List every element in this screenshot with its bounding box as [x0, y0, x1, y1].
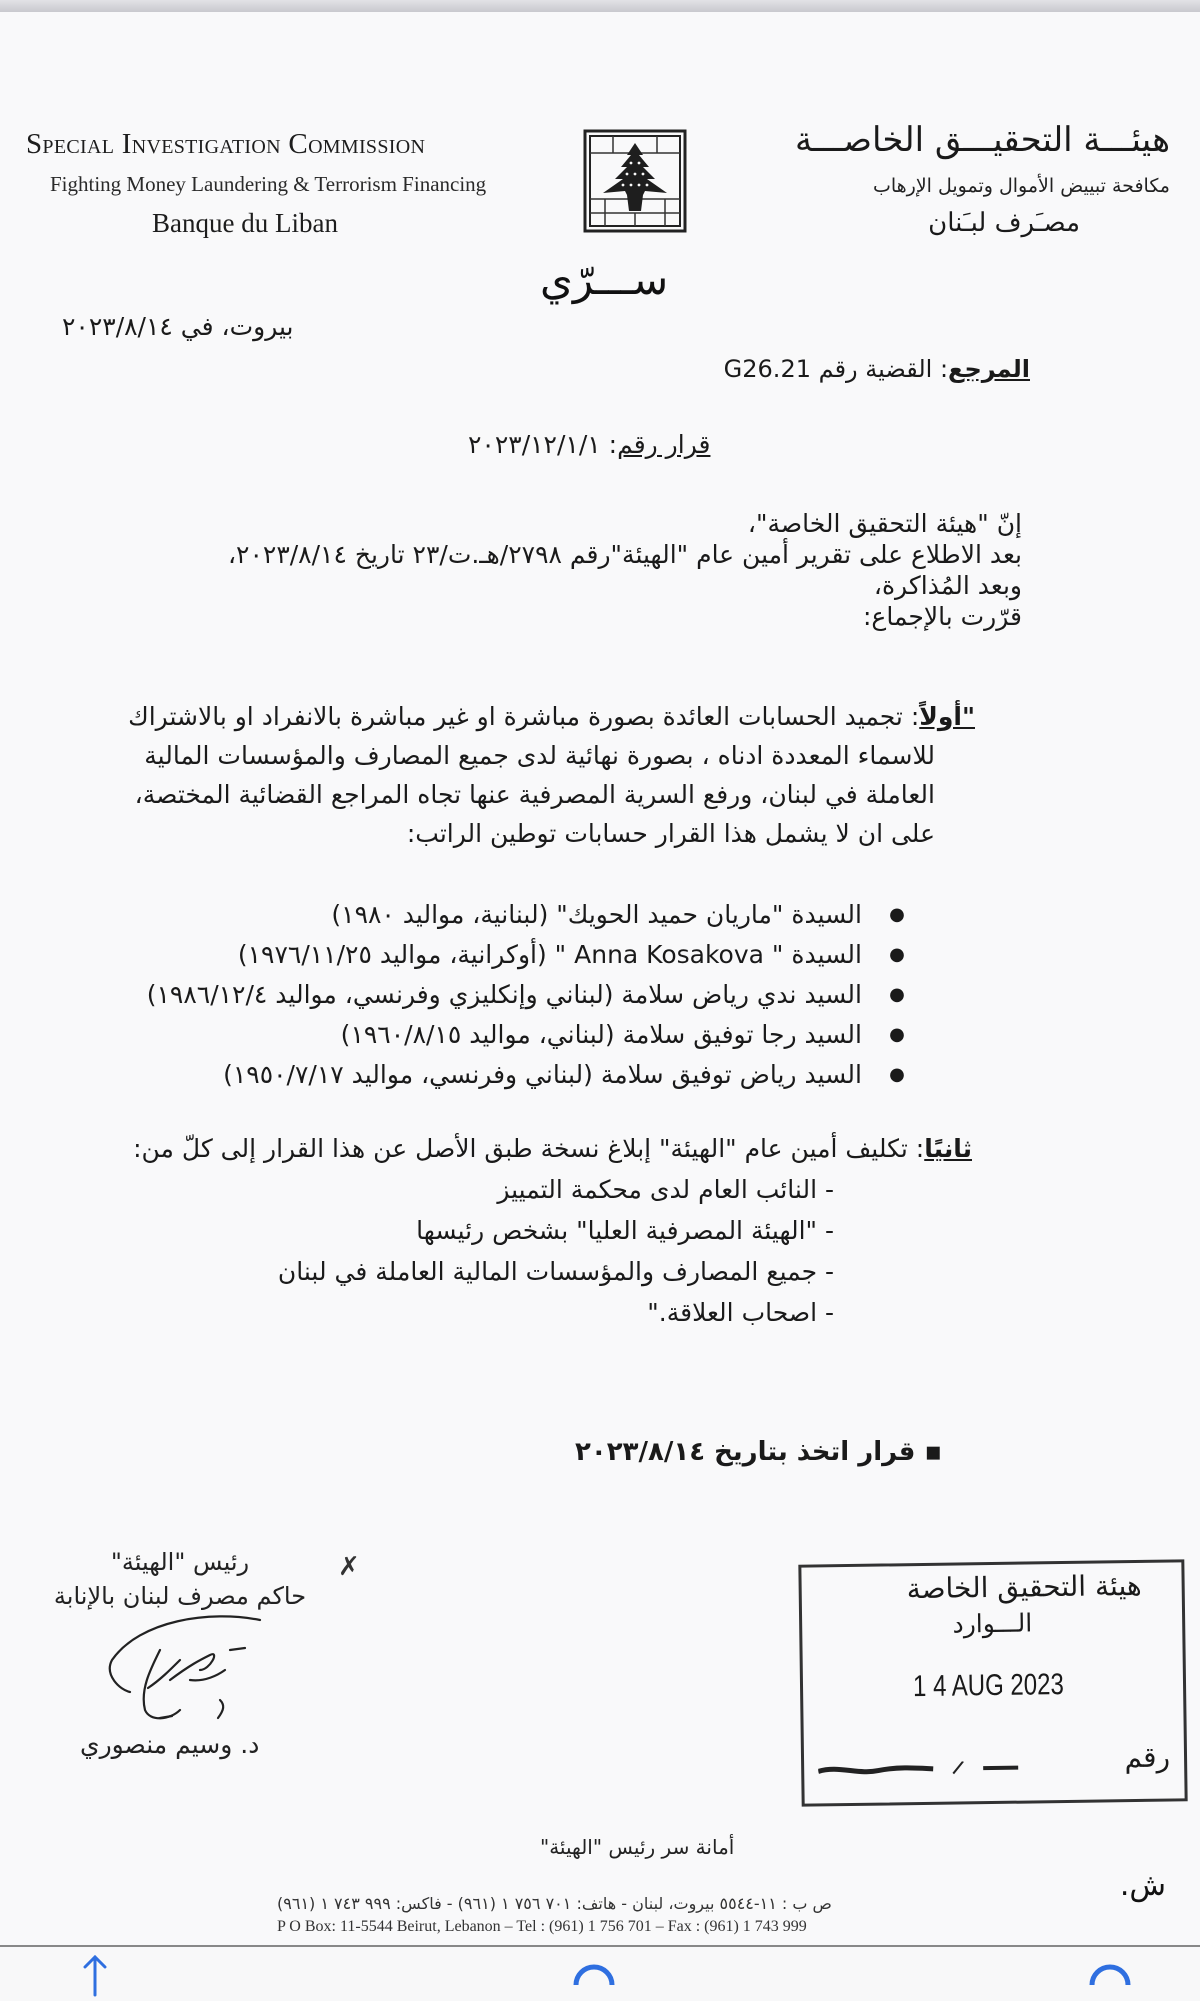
- article-first-text: : تجميد الحسابات العائدة بصورة مباشرة او…: [128, 702, 919, 731]
- preamble-line: وبعد المُذاكرة،: [228, 570, 1022, 601]
- letterhead-ar-title: هيئـــة التحقيـــق الخاصـــة: [795, 120, 1170, 160]
- article-first-line: العاملة في لبنان، ورفع السرية المصرفية ع…: [75, 775, 975, 814]
- viewer-toolbar: [0, 1947, 1200, 2001]
- reference-label: المرجع: [948, 355, 1030, 383]
- footer-address-en: P O Box: 11-5544 Beirut, Lebanon – Tel :…: [277, 1918, 807, 1936]
- received-stamp: هيئة التحقيق الخاصة الـــوارد 1 4 AUG 20…: [798, 1559, 1187, 1806]
- recipient-item: - "الهيئة المصرفية العليا" بشخص رئيسها: [133, 1210, 972, 1251]
- classification-label: ســـرّي: [540, 255, 668, 304]
- name-entry: السيدة "ماريان حميد الحويك" (لبنانية، مو…: [331, 895, 862, 935]
- bullet-icon: ●: [884, 1015, 910, 1055]
- bullet-icon: ●: [884, 975, 910, 1015]
- letterhead-en-subtitle: Fighting Money Laundering & Terrorism Fi…: [50, 172, 486, 197]
- list-item: ●السيدة "ماريان حميد الحويك" (لبنانية، م…: [147, 895, 910, 935]
- recipient-item: - جميع المصارف والمؤسسات المالية العاملة…: [133, 1251, 972, 1292]
- stamp-ink-smudge-icon: [818, 1760, 1048, 1777]
- article-second-label: ثانيًا: [924, 1134, 972, 1163]
- footer-secretariat: أمانة سر رئيس "الهيئة": [540, 1835, 734, 1859]
- stamp-dept: الـــوارد: [952, 1608, 1032, 1638]
- article-second: ثانيًا: تكليف أمين عام "الهيئة" إبلاغ نس…: [133, 1128, 972, 1333]
- letterhead-en-title: Special Investigation Commission: [26, 128, 425, 161]
- name-entry: السيد رياض توفيق سلامة (لبناني وفرنسي، م…: [223, 1055, 862, 1095]
- recipient-item: - النائب العام لدى محكمة التمييز: [133, 1169, 972, 1210]
- name-entry: السيد رجا توفيق سلامة (لبناني، مواليد ١٩…: [341, 1015, 862, 1055]
- viewer-top-edge: [0, 0, 1200, 12]
- article-first-line: "أولاً: تجميد الحسابات العائدة بصورة مبا…: [75, 697, 975, 736]
- signatory-titles: رئيس "الهيئة" حاكم مصرف لبنان بالإنابة: [40, 1545, 320, 1613]
- share-icon[interactable]: [78, 1955, 112, 2001]
- decision-number-value: : ٢٠٢٣/١٢/١/١: [468, 430, 617, 459]
- signatory-name: د. وسيم منصوري: [80, 1730, 259, 1759]
- list-item: ●السيدة " Anna Kosakova " (أوكرانية، موا…: [147, 935, 910, 975]
- stamp-number-label: رقم: [1124, 1741, 1170, 1775]
- recipient-item: - اصحاب العلاقة.": [133, 1292, 972, 1333]
- info-icon[interactable]: [1088, 1961, 1132, 2001]
- preamble-line: بعد الاطلاع على تقرير أمين عام "الهيئة"ر…: [228, 539, 1022, 570]
- article-first-line: على ان لا يشمل هذا القرار حسابات توطين ا…: [75, 814, 975, 853]
- decision-taken-date: ▪ قرار اتخذ بتاريخ ٢٠٢٣/٨/١٤: [575, 1437, 942, 1467]
- decision-number-label: قرار رقم: [617, 430, 710, 459]
- list-item: ●السيد ندي رياض سلامة (لبناني وإنكليزي و…: [147, 975, 910, 1015]
- preamble-line: إنّ "هيئة التحقيق الخاصة"،: [228, 508, 1022, 539]
- decision-number: قرار رقم: ٢٠٢٣/١٢/١/١: [468, 430, 710, 459]
- letterhead-en-bank: Banque du Liban: [152, 208, 338, 239]
- signatory-title: حاكم مصرف لبنان بالإنابة: [40, 1579, 320, 1613]
- stamp-date: 1 4 AUG 2023: [913, 1668, 1064, 1704]
- list-item: ●السيد رياض توفيق سلامة (لبناني وفرنسي، …: [147, 1055, 910, 1095]
- name-entry: السيد ندي رياض سلامة (لبناني وإنكليزي وف…: [147, 975, 862, 1015]
- letterhead-ar-bank: مصـَرف لبـَنان: [928, 208, 1080, 238]
- letterhead-ar-subtitle: مكافحة تبييض الأموال وتمويل الإرهاب: [873, 175, 1170, 197]
- article-first: "أولاً: تجميد الحسابات العائدة بصورة مبا…: [75, 697, 975, 853]
- bullet-icon: ●: [884, 1055, 910, 1095]
- favorite-icon[interactable]: [572, 1961, 616, 2001]
- article-first-label: "أولاً: [919, 702, 975, 731]
- list-item: ●السيد رجا توفيق سلامة (لبناني، مواليد ١…: [147, 1015, 910, 1055]
- article-second-text: : تكليف أمين عام "الهيئة" إبلاغ نسخة طبق…: [133, 1134, 924, 1163]
- handwritten-mark: ✗: [338, 1552, 360, 1582]
- cedar-logo-icon: [583, 129, 687, 233]
- reference-value: : القضية رقم G26.21: [724, 355, 948, 383]
- signature-icon: [100, 1610, 270, 1730]
- name-entry: السيدة " Anna Kosakova " (أوكرانية، موال…: [238, 935, 862, 975]
- names-list: ●السيدة "ماريان حميد الحويك" (لبنانية، م…: [147, 895, 910, 1095]
- preamble-line: قرّرت بالإجماع:: [228, 601, 1022, 632]
- footer-address-ar: ص ب : ١١-٥٥٤٤ بيروت، لبنان - هاتف: ٧٠١ ٧…: [277, 1894, 832, 1913]
- article-second-line: ثانيًا: تكليف أمين عام "الهيئة" إبلاغ نس…: [133, 1128, 972, 1169]
- stamp-org: هيئة التحقيق الخاصة: [906, 1569, 1141, 1605]
- footer-initial: ش.: [1120, 1868, 1166, 1903]
- preamble: إنّ "هيئة التحقيق الخاصة"، بعد الاطلاع ع…: [228, 508, 1022, 632]
- signatory-title: رئيس "الهيئة": [40, 1545, 320, 1579]
- article-first-line: للاسماء المعددة ادناه ، بصورة نهائية لدى…: [75, 736, 975, 775]
- reference: المرجع: القضية رقم G26.21: [724, 355, 1030, 383]
- bullet-icon: ●: [884, 935, 910, 975]
- city-date: بيروت، في ٢٠٢٣/٨/١٤: [62, 312, 294, 341]
- bullet-icon: ●: [884, 895, 910, 935]
